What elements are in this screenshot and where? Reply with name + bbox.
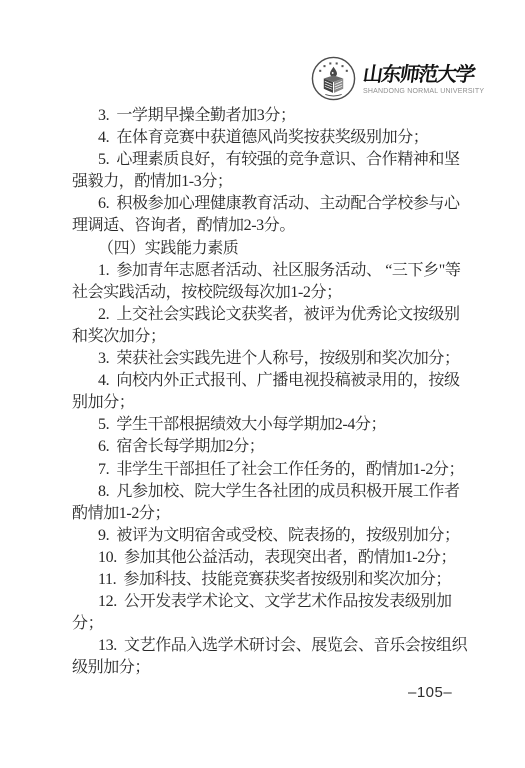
text-line: 分； — [72, 613, 472, 635]
page-number: –105– — [408, 684, 452, 701]
text-line: 和奖次加分； — [72, 326, 472, 348]
university-emblem-icon — [311, 56, 356, 101]
text-line: 5. 心理素质良好，有较强的竞争意识、合作精神和坚 — [72, 149, 472, 171]
text-line: 11. 参加科技、技能竞赛获奖者按级别和奖次加分； — [72, 569, 472, 591]
text-line: （四）实践能力素质 — [72, 238, 472, 260]
text-line: 别加分； — [72, 392, 472, 414]
text-line: 3. 荣获社会实践先进个人称号，按级别和奖次加分； — [72, 348, 472, 370]
text-line: 4. 向校内外正式报刊、广播电视投稿被录用的，按级 — [72, 370, 472, 392]
text-line: 1. 参加青年志愿者活动、社区服务活动、 “三下乡"等 — [72, 260, 472, 282]
university-name-en: SHANDONG NORMAL UNIVERSITY — [363, 88, 484, 95]
text-line: 2. 上交社会实践论文获奖者，被评为优秀论文按级别 — [72, 304, 472, 326]
text-line: 3. 一学期早操全勤者加3分； — [72, 105, 472, 127]
text-line: 强毅力，酌情加1-3分； — [72, 171, 472, 193]
text-line: 理调适、咨询者，酌情加2-3分。 — [72, 215, 472, 237]
university-logo: 山东师范大学 SHANDONG NORMAL UNIVERSITY — [311, 56, 484, 101]
text-line: 13. 文艺作品入选学术研讨会、展览会、音乐会按组织 — [72, 635, 472, 657]
document-page: 山东师范大学 SHANDONG NORMAL UNIVERSITY 3. 一学期… — [0, 0, 525, 768]
text-line: 6. 积极参加心理健康教育活动、主动配合学校参与心 — [72, 193, 472, 215]
text-line: 6. 宿舍长每学期加2分； — [72, 436, 472, 458]
text-line: 10. 参加其他公益活动，表现突出者，酌情加1-2分； — [72, 547, 472, 569]
text-line: 12. 公开发表学术论文、文学艺术作品按发表级别加 — [72, 591, 472, 613]
text-line: 9. 被评为文明宿舍或受校、院表扬的，按级别加分； — [72, 525, 472, 547]
text-line: 4. 在体育竞赛中获道德风尚奖按获奖级别加分； — [72, 127, 472, 149]
text-line: 8. 凡参加校、院大学生各社团的成员积极开展工作者 — [72, 481, 472, 503]
document-body: 3. 一学期早操全勤者加3分；4. 在体育竞赛中获道德风尚奖按获奖级别加分；5.… — [72, 105, 472, 679]
text-line: 社会实践活动，按校院级每次加1-2分； — [72, 282, 472, 304]
text-line: 7. 非学生干部担任了社会工作任务的，酌情加1-2分； — [72, 459, 472, 481]
university-name-cn: 山东师范大学 — [361, 63, 486, 87]
text-line: 级别加分； — [72, 657, 472, 679]
university-name-block: 山东师范大学 SHANDONG NORMAL UNIVERSITY — [363, 63, 484, 95]
text-line: 酌情加1-2分； — [72, 503, 472, 525]
text-line: 5. 学生干部根据绩效大小每学期加2-4分； — [72, 414, 472, 436]
